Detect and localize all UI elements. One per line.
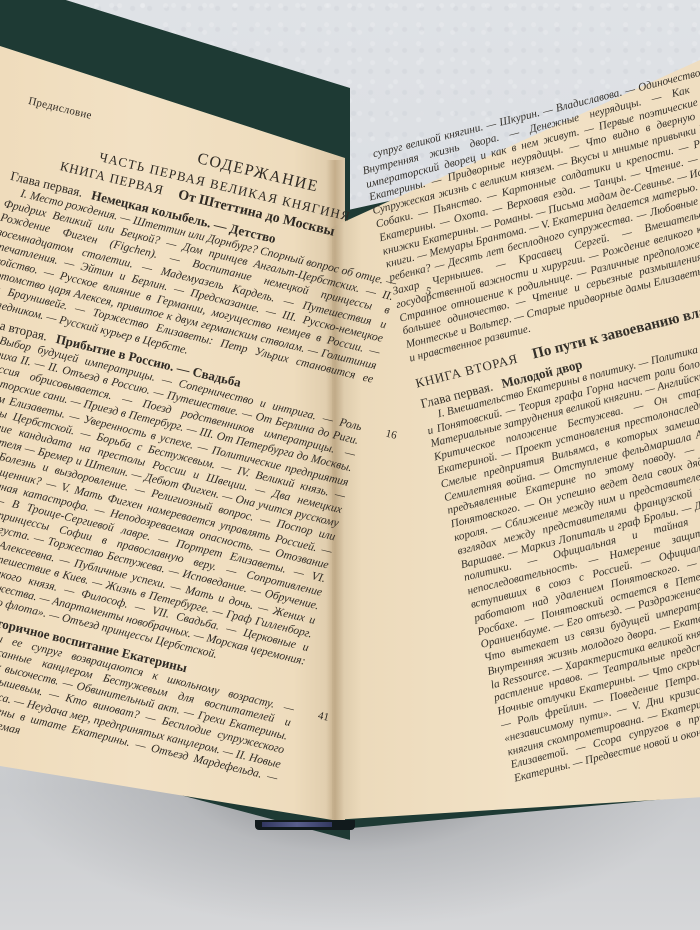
photo-scene: Предисловие СОДЕРЖАНИЕ ЧАСТЬ ПЕРВАЯ ВЕЛИ… bbox=[0, 0, 700, 930]
spine-label bbox=[262, 822, 332, 827]
